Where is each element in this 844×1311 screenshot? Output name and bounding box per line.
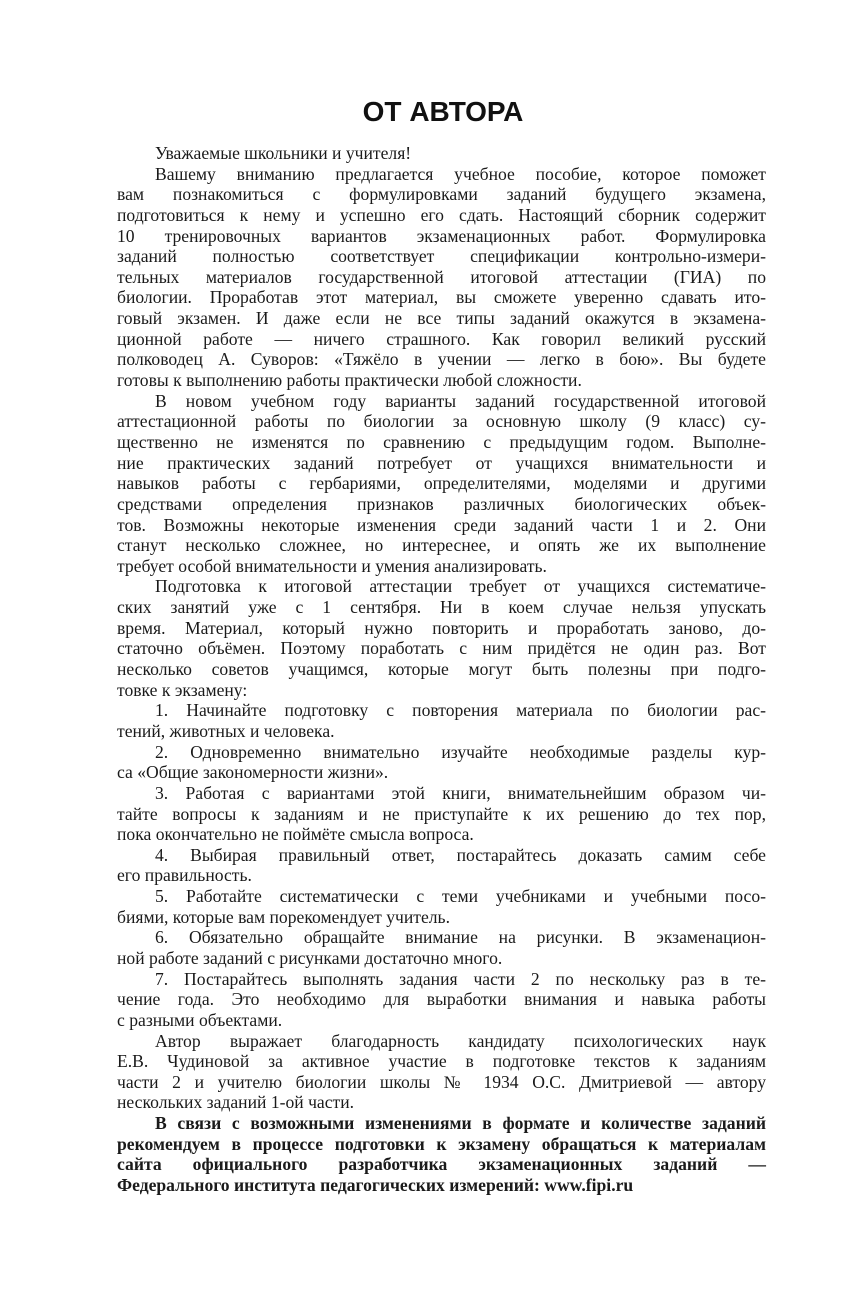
paragraph-tip-5: 5. Работайте систематически с теми учебн… (117, 886, 766, 927)
text-line: тайте вопросы к заданиям и не приступайт… (117, 804, 766, 825)
text-line: навыков работы с гербариями, определител… (117, 473, 766, 494)
text-line: биями, которые вам порекомендует учитель… (117, 907, 766, 928)
text-line: ционной работе — ничего страшного. Как г… (117, 329, 766, 350)
text-line: ских занятий уже с 1 сентября. Ни в коем… (117, 597, 766, 618)
paragraph-tip-7: 7. Постарайтесь выполнять задания части … (117, 969, 766, 1031)
text-line: аттестационной работы по биологии за осн… (117, 411, 766, 432)
text-line: Уважаемые школьники и учителя! (117, 143, 766, 164)
page-title: ОТ АВТОРА (0, 96, 844, 128)
text-line: Вашему вниманию предлагается учебное пос… (117, 164, 766, 185)
text-line: средствами определения признаков различн… (117, 494, 766, 515)
text-line: Подготовка к итоговой аттестации требует… (117, 576, 766, 597)
text-line: Автор выражает благодарность кандидату п… (117, 1031, 766, 1052)
paragraph-notice: В связи с возможными изменениями в форма… (117, 1113, 766, 1196)
text-line: В связи с возможными изменениями в форма… (117, 1113, 766, 1134)
text-line: с разными объектами. (117, 1010, 766, 1031)
text-line: подготовиться к нему и успешно его сдать… (117, 205, 766, 226)
document-body: Уважаемые школьники и учителя!Вашему вни… (117, 143, 766, 1196)
text-line: время. Материал, который нужно повторить… (117, 618, 766, 639)
text-line: ной работе заданий с рисунками достаточн… (117, 948, 766, 969)
text-line: 1. Начинайте подготовку с повторения мат… (117, 700, 766, 721)
text-line: са «Общие закономерности жизни». (117, 762, 766, 783)
text-line: тельных материалов государственной итого… (117, 267, 766, 288)
text-line: рекомендуем в процессе подготовки к экза… (117, 1134, 766, 1155)
text-line: В новом учебном году варианты заданий го… (117, 391, 766, 412)
text-line: 5. Работайте систематически с теми учебн… (117, 886, 766, 907)
text-line: требует особой внимательности и умения а… (117, 556, 766, 577)
text-line: его правильность. (117, 865, 766, 886)
text-line: нескольких заданий 1-ой части. (117, 1092, 766, 1113)
paragraph-intro: Вашему вниманию предлагается учебное пос… (117, 164, 766, 391)
text-line: несколько советов учащимся, которые могу… (117, 659, 766, 680)
text-line: чение года. Это необходимо для выработки… (117, 989, 766, 1010)
document-page: ОТ АВТОРА Уважаемые школьники и учителя!… (0, 0, 844, 1311)
text-line: говый экзамен. И даже если не все типы з… (117, 308, 766, 329)
text-line: заданий полностью соответствует специфик… (117, 246, 766, 267)
paragraph-acknowledgement: Автор выражает благодарность кандидату п… (117, 1031, 766, 1114)
text-line: 6. Обязательно обращайте внимание на рис… (117, 927, 766, 948)
text-line: статочно объёмен. Поэтому поработать с н… (117, 638, 766, 659)
text-line: 2. Одновременно внимательно изучайте нео… (117, 742, 766, 763)
text-line: 4. Выбирая правильный ответ, постарайтес… (117, 845, 766, 866)
paragraph-tip-2: 2. Одновременно внимательно изучайте нео… (117, 742, 766, 783)
text-line: станут несколько сложнее, но интереснее,… (117, 535, 766, 556)
text-line: сайта официального разработчика экзамена… (117, 1154, 766, 1175)
paragraph-greeting: Уважаемые школьники и учителя! (117, 143, 766, 164)
text-line: тений, животных и человека. (117, 721, 766, 742)
text-line: Федерального института педагогических из… (117, 1175, 766, 1196)
paragraph-new-year: В новом учебном году варианты заданий го… (117, 391, 766, 577)
text-line: щественно не изменятся по сравнению с пр… (117, 432, 766, 453)
paragraph-tip-3: 3. Работая с вариантами этой книги, вним… (117, 783, 766, 845)
paragraph-tip-6: 6. Обязательно обращайте внимание на рис… (117, 927, 766, 968)
text-line: готовы к выполнению работы практически л… (117, 370, 766, 391)
text-line: товке к экзамену: (117, 680, 766, 701)
paragraph-tip-1: 1. Начинайте подготовку с повторения мат… (117, 700, 766, 741)
text-line: вам познакомиться с формулировками задан… (117, 184, 766, 205)
text-line: 3. Работая с вариантами этой книги, вним… (117, 783, 766, 804)
text-line: 7. Постарайтесь выполнять задания части … (117, 969, 766, 990)
text-line: полководец А. Суворов: «Тяжёло в учении … (117, 349, 766, 370)
text-line: пока окончательно не поймёте смысла вопр… (117, 824, 766, 845)
paragraph-preparation: Подготовка к итоговой аттестации требует… (117, 576, 766, 700)
paragraph-tip-4: 4. Выбирая правильный ответ, постарайтес… (117, 845, 766, 886)
text-line: ние практических заданий потребует от уч… (117, 453, 766, 474)
text-line: Е.В. Чудиновой за активное участие в под… (117, 1051, 766, 1072)
text-line: 10 тренировочных вариантов экзаменационн… (117, 226, 766, 247)
text-line: части 2 и учителю биологии школы № 1934 … (117, 1072, 766, 1093)
text-line: тов. Возможны некоторые изменения среди … (117, 515, 766, 536)
text-line: биологии. Проработав этот материал, вы с… (117, 287, 766, 308)
